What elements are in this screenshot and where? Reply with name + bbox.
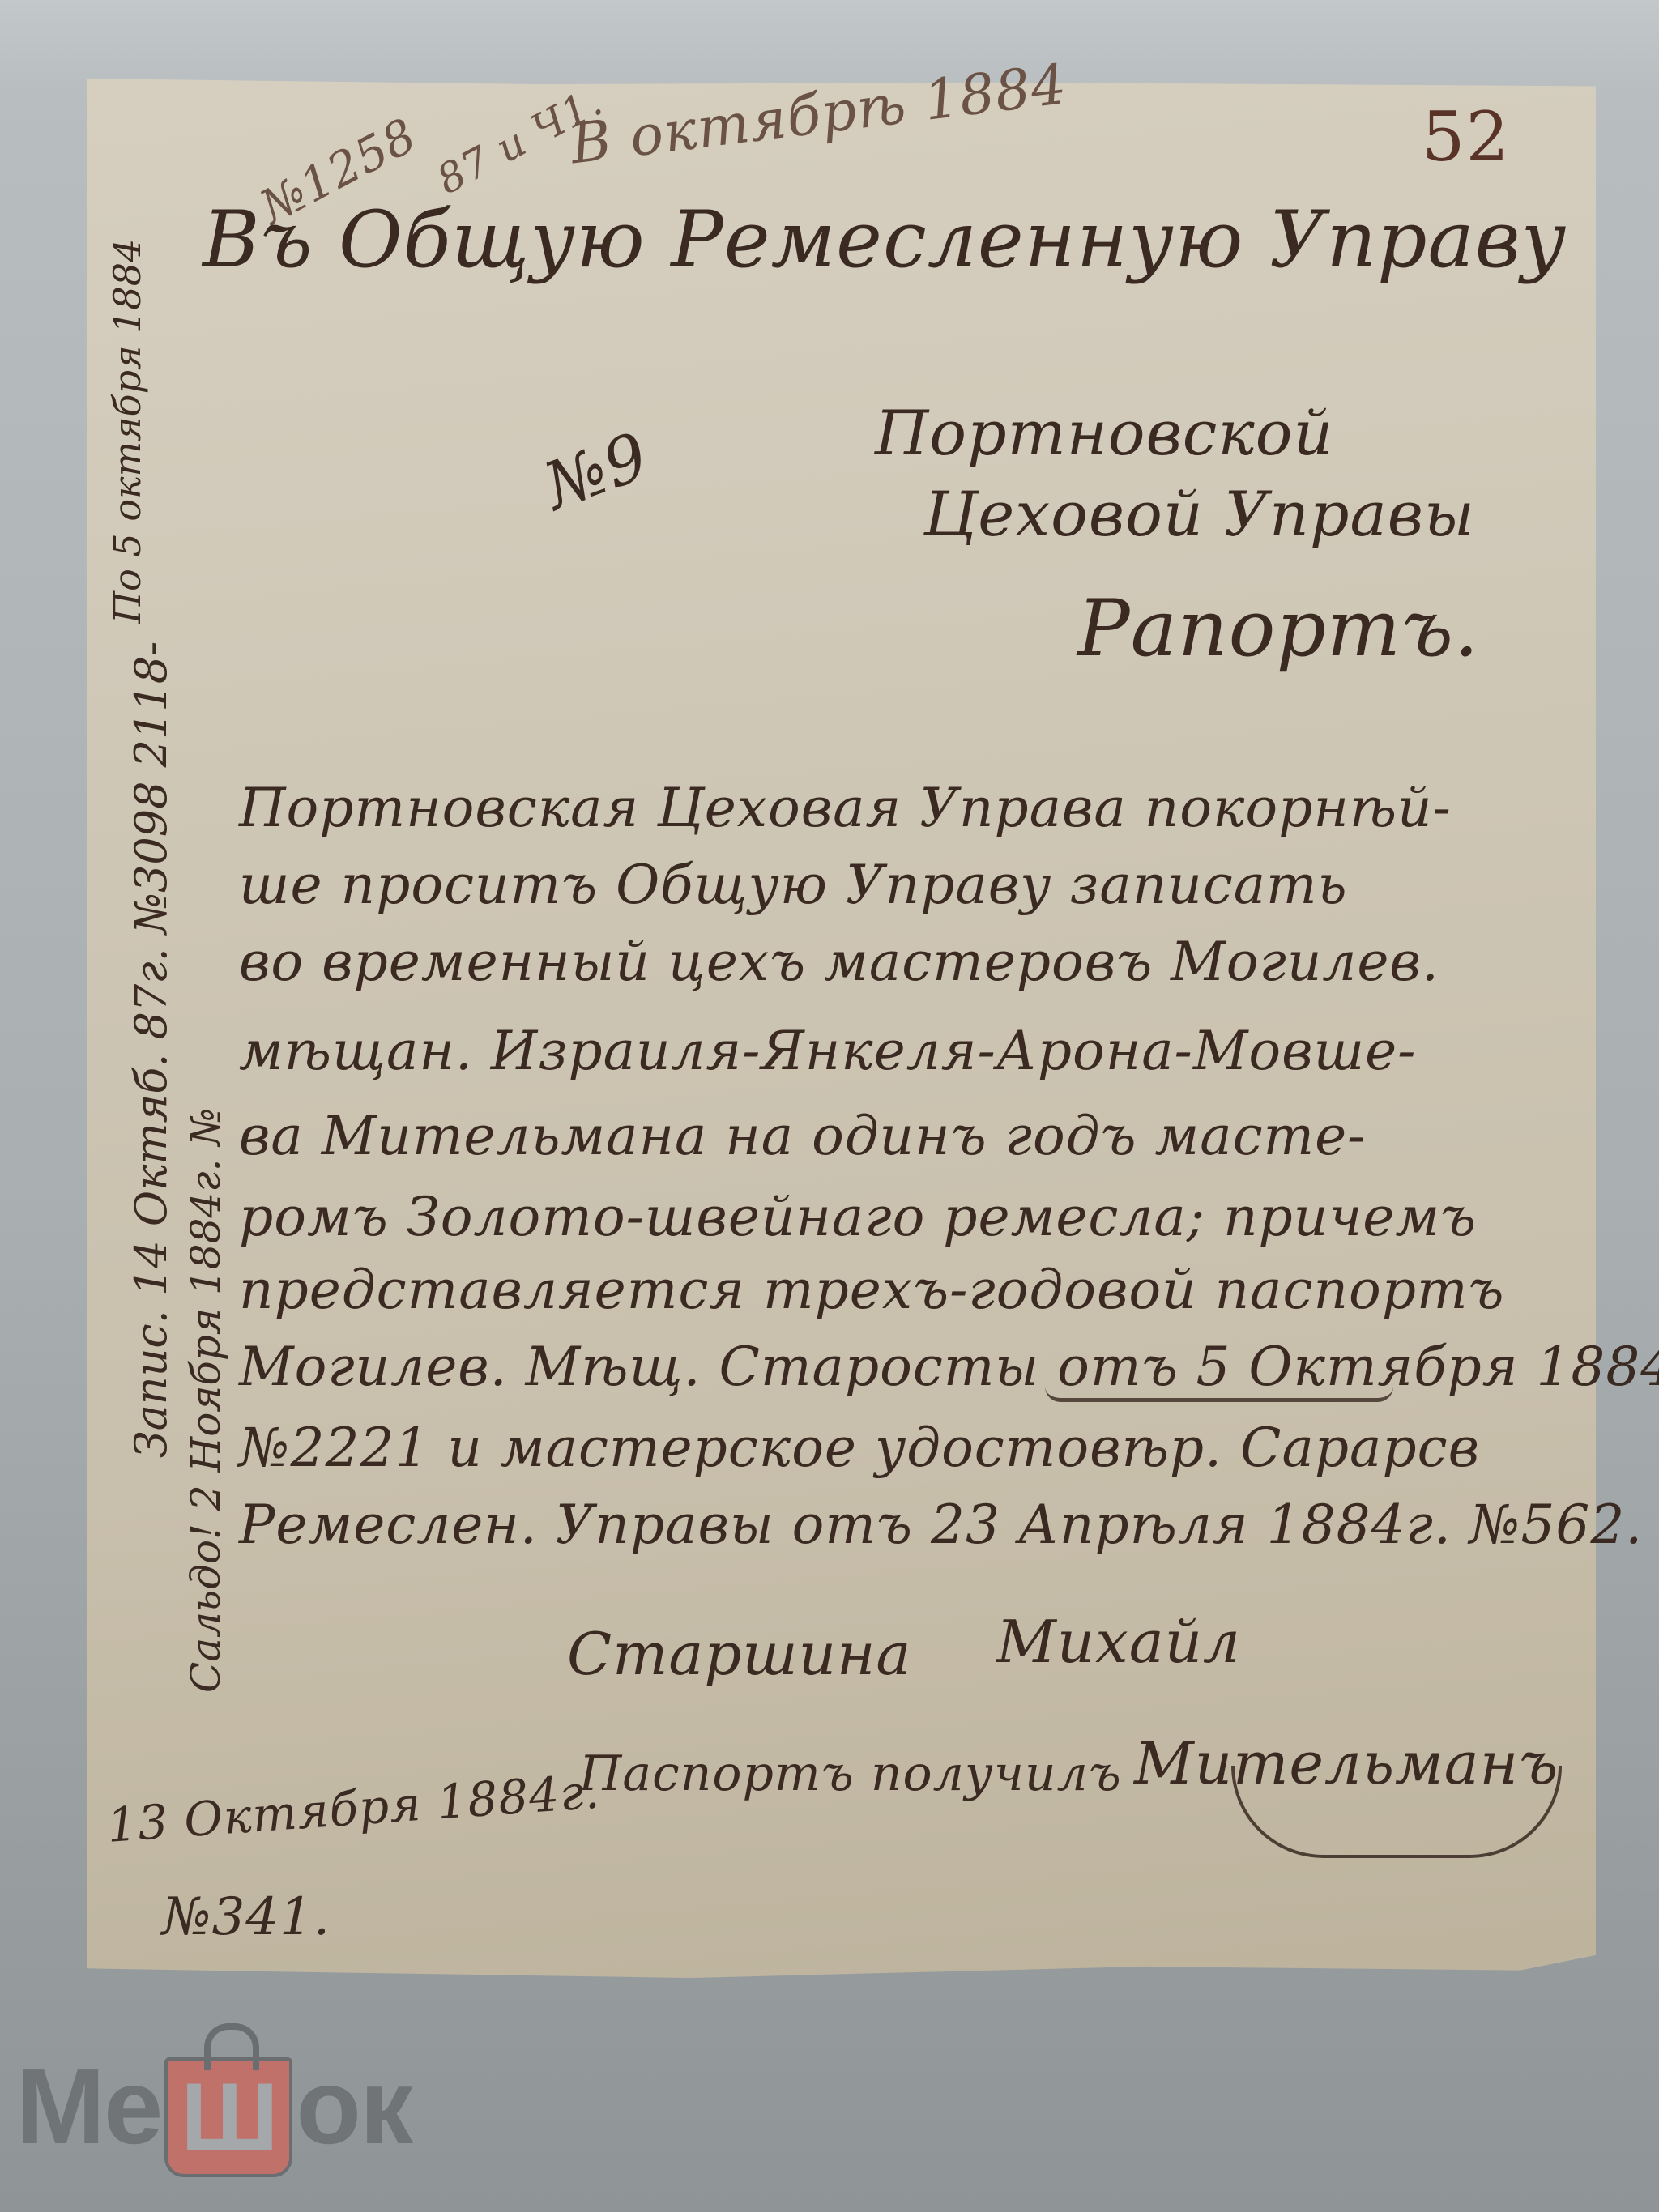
wavy-underline-mark (1045, 1387, 1393, 1402)
page-number: 52 (1422, 97, 1510, 177)
shopping-bag-icon: Ш (164, 2057, 292, 2177)
body-line-1: Портновская Цеховая Управа покорнѣй- (239, 782, 1452, 835)
body-line-2: ше проситъ Общую Управу записать (239, 859, 1348, 912)
receipt-label: Паспортъ получилъ (579, 1745, 1122, 1802)
bottom-number: №341. (162, 1887, 331, 1947)
watermark-prefix: Ме (16, 2045, 161, 2167)
watermark-bag-letter: Ш (181, 2069, 277, 2166)
body-line-9: №2221 и мастерское удостовѣр. Сарарсв (239, 1421, 1480, 1475)
body-line-7: представляется трехъ-годовой паспортъ (239, 1264, 1505, 1317)
body-line-6: ромъ Золото-швейнаго ремесла; причемъ (239, 1191, 1477, 1244)
addressee: Въ Общую Ремесленную Управу (203, 194, 1567, 285)
margin-note-vertical-2: Сальдо! 2 Ноября 1884г. № (182, 1107, 229, 1693)
document-type-title: Рапортъ. (1077, 583, 1479, 674)
body-line-3: во временный цехъ мастеровъ Могилев. (239, 936, 1439, 989)
body-line-8: Могилев. Мѣщ. Старосты отъ 5 Октября 188… (239, 1340, 1659, 1394)
margin-note-vertical-1: Запис. 14 Октяб. 87г. №3098 2118- (126, 641, 177, 1458)
watermark-logo: Ме Ш ок (16, 2057, 412, 2154)
watermark-suffix: ок (296, 2045, 412, 2167)
body-line-5: ва Мительмана на одинъ годъ масте- (239, 1110, 1366, 1163)
sender-line-1: Портновской (875, 397, 1333, 469)
signature-flourish (1231, 1766, 1562, 1858)
signature-name: Михайл (996, 1608, 1241, 1676)
signature-title: Старшина (567, 1620, 911, 1688)
sender-line-2: Цеховой Управы (923, 478, 1475, 550)
margin-note-top: По 5 октября 1884 (105, 239, 149, 624)
body-line-4: мѣщан. Израиля-Янкеля-Арона-Мовше- (239, 1025, 1416, 1078)
body-line-10: Ремеслен. Управы отъ 23 Апрѣля 1884г. №5… (239, 1498, 1643, 1552)
